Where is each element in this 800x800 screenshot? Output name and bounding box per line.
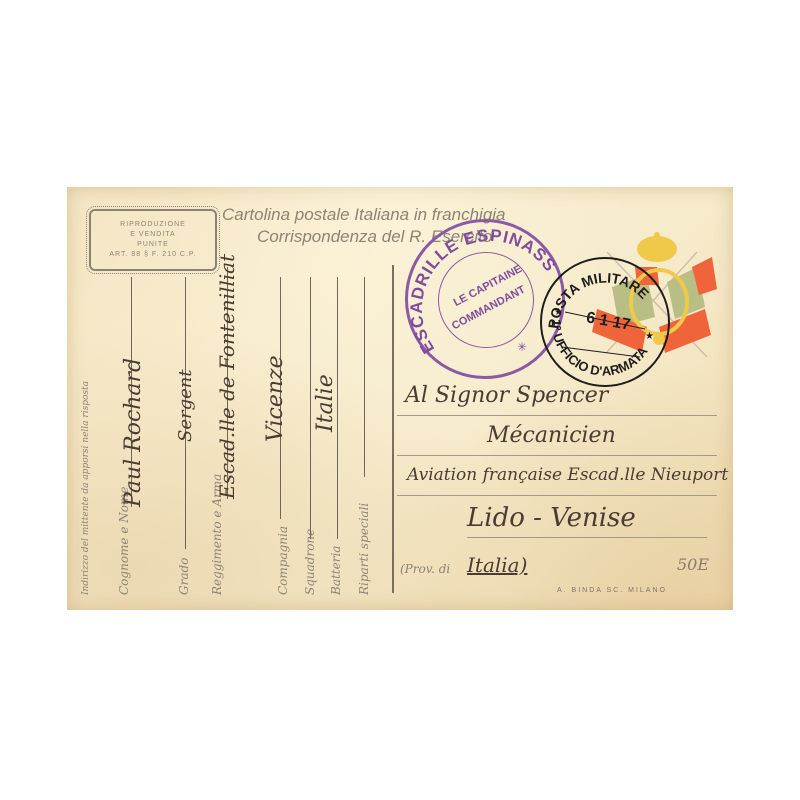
address-line-1: Al Signor Spencer bbox=[405, 383, 608, 408]
field-line-riparti bbox=[364, 277, 365, 477]
postmark-star-icon: ★ bbox=[554, 307, 563, 318]
address-rule bbox=[397, 415, 717, 416]
field-value-batteria: Italie bbox=[313, 374, 338, 432]
pencil-note: 50E bbox=[677, 555, 709, 574]
reproduction-notice-frame: RIPRODUZIONE E VENDITA PUNITE ART. 88 § … bbox=[89, 209, 217, 271]
field-value-name: Paul Rochard bbox=[121, 358, 146, 507]
notice-line: E VENDITA bbox=[130, 230, 175, 240]
postmark-star-icon: ★ bbox=[645, 331, 654, 342]
field-label-compagnia: Compagnia bbox=[276, 526, 290, 595]
field-value-reggimento: Escad.lle de Fontenilliat bbox=[215, 254, 239, 499]
field-label-riparti: Riparti speciali bbox=[357, 503, 371, 595]
notice-line: ART. 88 § F. 210 C.P. bbox=[109, 250, 196, 260]
province-label: (Prov. di bbox=[400, 562, 450, 576]
address-rule bbox=[397, 455, 717, 456]
address-rule bbox=[397, 495, 717, 496]
address-line-4: Lido - Venise bbox=[467, 503, 636, 533]
province-value: Italia) bbox=[467, 553, 527, 577]
field-value-compagnia: Vicenze bbox=[263, 355, 288, 442]
postcard: RIPRODUZIONE E VENDITA PUNITE ART. 88 § … bbox=[67, 187, 733, 610]
military-postmark: POSTA MILITARE 1° UFFICIO D'ARMATA ★ ★ 6… bbox=[540, 257, 670, 387]
notice-line: PUNITE bbox=[137, 240, 169, 250]
printer-imprint: A. BINDA SC. MILANO bbox=[557, 587, 667, 594]
address-line-3: Aviation française Escad.lle Nieuport bbox=[407, 465, 728, 485]
field-label-batteria: Batteria bbox=[329, 546, 343, 595]
address-divider bbox=[392, 265, 394, 593]
address-rule bbox=[467, 537, 707, 538]
notice-line: RIPRODUZIONE bbox=[120, 220, 186, 230]
sender-instruction: Indirizzo del mittente da apporsi nella … bbox=[81, 381, 91, 595]
field-value-grado: Sergent bbox=[175, 369, 196, 442]
field-line-squadrone bbox=[310, 277, 311, 539]
cachet-star-icon: ✳ bbox=[517, 340, 527, 354]
address-line-2: Mécanicien bbox=[487, 423, 616, 448]
field-label-grado: Grado bbox=[177, 558, 191, 595]
